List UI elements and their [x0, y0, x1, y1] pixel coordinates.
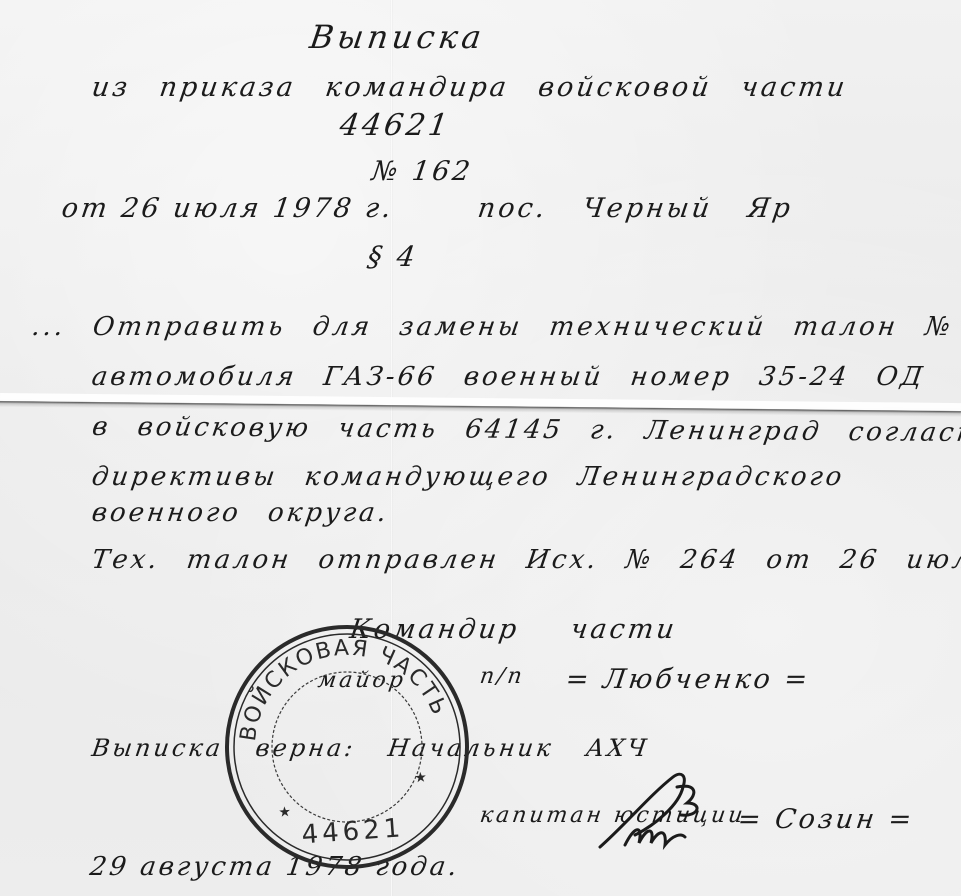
order-location: пос. Черный Яр	[476, 193, 795, 224]
body-line: автомобиля ГАЗ-66 военный номер 35-24 ОД	[90, 362, 927, 392]
chief-name: = Созин =	[736, 804, 917, 835]
document-subtitle: из приказа командира войсковой части	[90, 72, 850, 103]
commander-name: = Любченко =	[564, 664, 812, 695]
document-title: Выписка	[307, 18, 487, 56]
body-line: в войсковую часть 64145 г. Ленинград сог…	[90, 412, 961, 448]
order-date: от 26 июля 1978 г.	[60, 193, 396, 224]
body-line: директивы командующего Ленинградского	[90, 462, 847, 492]
stamp-star-left-icon: ★	[278, 804, 292, 821]
paragraph-mark: § 4	[366, 240, 420, 273]
official-stamp-icon: ВОЙСКОВАЯ ЧАСТЬ 44621 ★ ★	[214, 614, 481, 881]
stamp-star-right-icon: ★	[414, 770, 428, 787]
body-line: военного округа.	[90, 498, 391, 528]
order-number: № 162	[370, 156, 475, 187]
stamp-number: 44621	[301, 813, 406, 850]
body-line: ... Отправить для замены технический тал…	[30, 312, 961, 342]
unit-number: 44621	[338, 108, 453, 143]
pp-label: п/п	[478, 664, 526, 689]
body-line: Тех. талон отправлен Исх. № 264 от 26 ию…	[90, 545, 961, 575]
handwritten-signature-icon	[595, 765, 725, 855]
